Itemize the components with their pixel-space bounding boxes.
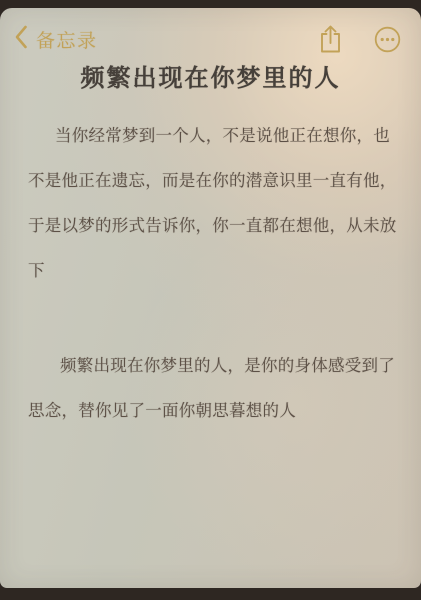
chevron-left-icon [14, 25, 28, 54]
notes-screen: 备忘录 [0, 8, 421, 588]
back-button[interactable]: 备忘录 [14, 25, 98, 54]
note-line[interactable]: 不是他正在遗忘，而是在你的潜意识里一直有他， [28, 159, 399, 204]
note-line[interactable]: 于是以梦的形式告诉你，你一直都在想他，从未放 [28, 204, 399, 249]
note-title[interactable]: 频繁出现在你梦里的人 [20, 64, 401, 94]
note-line[interactable]: 思念，替你见了一面你朝思暮想的人 [28, 389, 399, 434]
note-line[interactable]: 下 [28, 249, 399, 294]
note-line[interactable]: 频繁出现在你梦里的人，是你的身体感受到了 [28, 344, 399, 389]
note-paragraph: 当你经常梦到一个人，不是说他正在想你，也 不是他正在遗忘，而是在你的潜意识里一直… [28, 114, 399, 294]
back-button-label: 备忘录 [36, 26, 98, 53]
phone-frame: 备忘录 [0, 0, 421, 600]
share-icon[interactable] [317, 24, 344, 54]
navbar-actions [317, 24, 401, 54]
note-paragraph: 频繁出现在你梦里的人，是你的身体感受到了 思念，替你见了一面你朝思暮想的人 [28, 344, 399, 434]
ellipsis-circle-icon[interactable] [374, 26, 401, 53]
note-body[interactable]: 当你经常梦到一个人，不是说他正在想你，也 不是他正在遗忘，而是在你的潜意识里一直… [0, 114, 421, 434]
navbar: 备忘录 [0, 22, 421, 56]
note-line[interactable]: 当你经常梦到一个人，不是说他正在想你，也 [28, 114, 399, 159]
